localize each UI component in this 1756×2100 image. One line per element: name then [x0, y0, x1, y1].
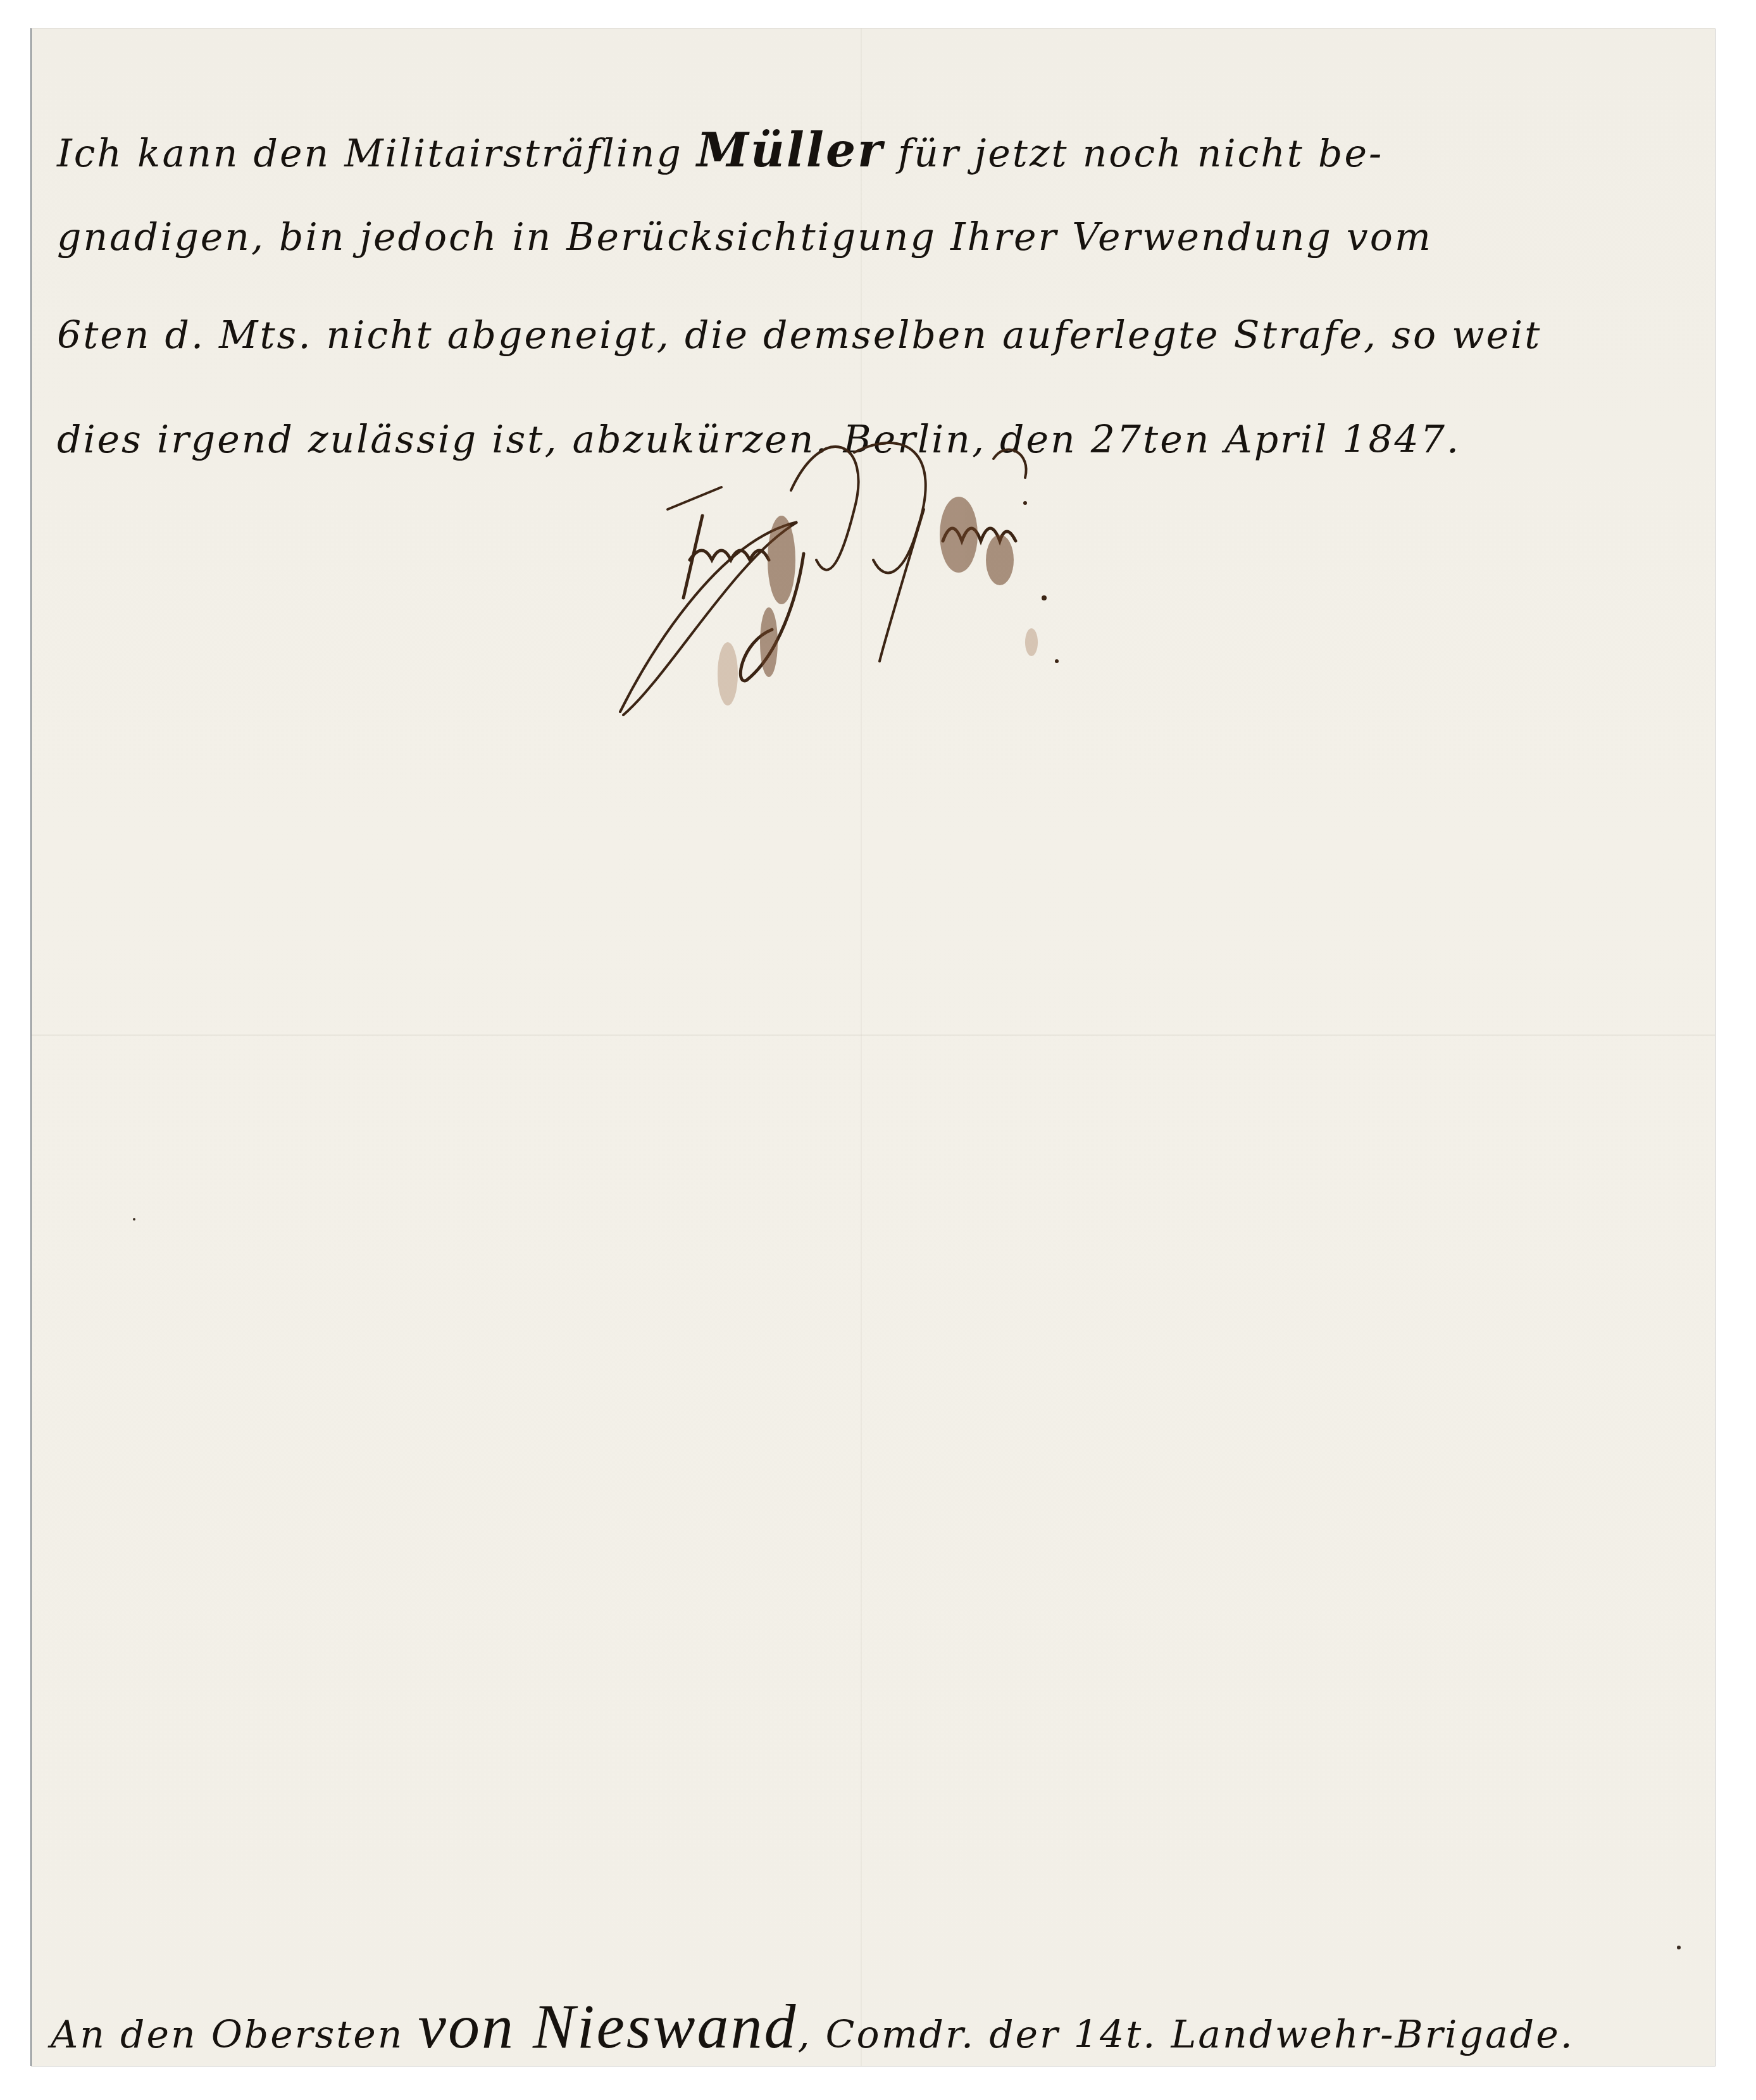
body-line-2-text: gnadigen, bin jedoch in Berücksichtigung…	[57, 215, 1433, 259]
ink-speck	[133, 1218, 135, 1221]
recipient-name: von Nieswand	[418, 1991, 798, 2061]
body-line-1-text: Ich kann den Militairsträfling	[57, 132, 697, 176]
body-line-3: 6ten d. Mts. nicht abgeneigt, die demsel…	[57, 313, 1541, 357]
letter-page: Ich kann den Militairsträfling Müller fü…	[30, 28, 1715, 2066]
recipient-address: An den Obersten von Nieswand, Comdr. der…	[51, 1990, 1574, 2063]
address-suffix: , Comdr. der 14t. Landwehr-Brigade.	[797, 2013, 1574, 2057]
horizontal-fold-crease	[32, 1034, 1715, 1036]
body-line-3-text: 6ten d. Mts. nicht abgeneigt, die demsel…	[57, 313, 1541, 357]
body-line-1: Ich kann den Militairsträfling Müller fü…	[57, 123, 1383, 178]
body-line-1-tail: für jetzt noch nicht be-	[884, 132, 1383, 176]
ink-speck	[1677, 1946, 1681, 1949]
signature-text: Friedrich Wilhelm	[829, 509, 1576, 730]
body-line-2: gnadigen, bin jedoch in Berücksichtigung…	[57, 215, 1433, 259]
address-prefix: An den Obersten	[51, 2013, 418, 2057]
name-mueller: Müller	[697, 123, 884, 178]
signature: Friedrich Wilhelm	[588, 433, 1576, 775]
